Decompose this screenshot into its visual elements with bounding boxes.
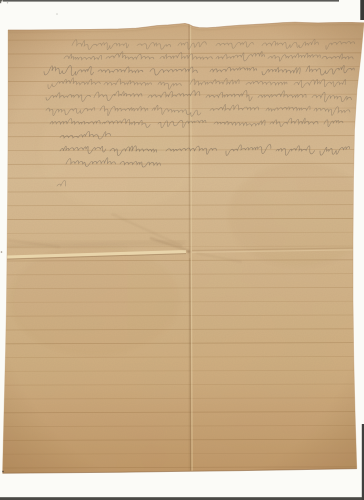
dark-speck bbox=[1, 251, 3, 253]
scanner-top-edge-line bbox=[3, 0, 339, 2]
scanner-top-right-mark bbox=[360, 0, 364, 20]
letter-scan bbox=[0, 0, 364, 500]
scanned-letter-image bbox=[0, 0, 364, 500]
scanner-top-left-mark-b bbox=[0, 0, 1, 3]
dust-speck bbox=[7, 2, 8, 3]
dust-speck bbox=[56, 13, 58, 15]
dark-speck bbox=[2, 471, 4, 473]
